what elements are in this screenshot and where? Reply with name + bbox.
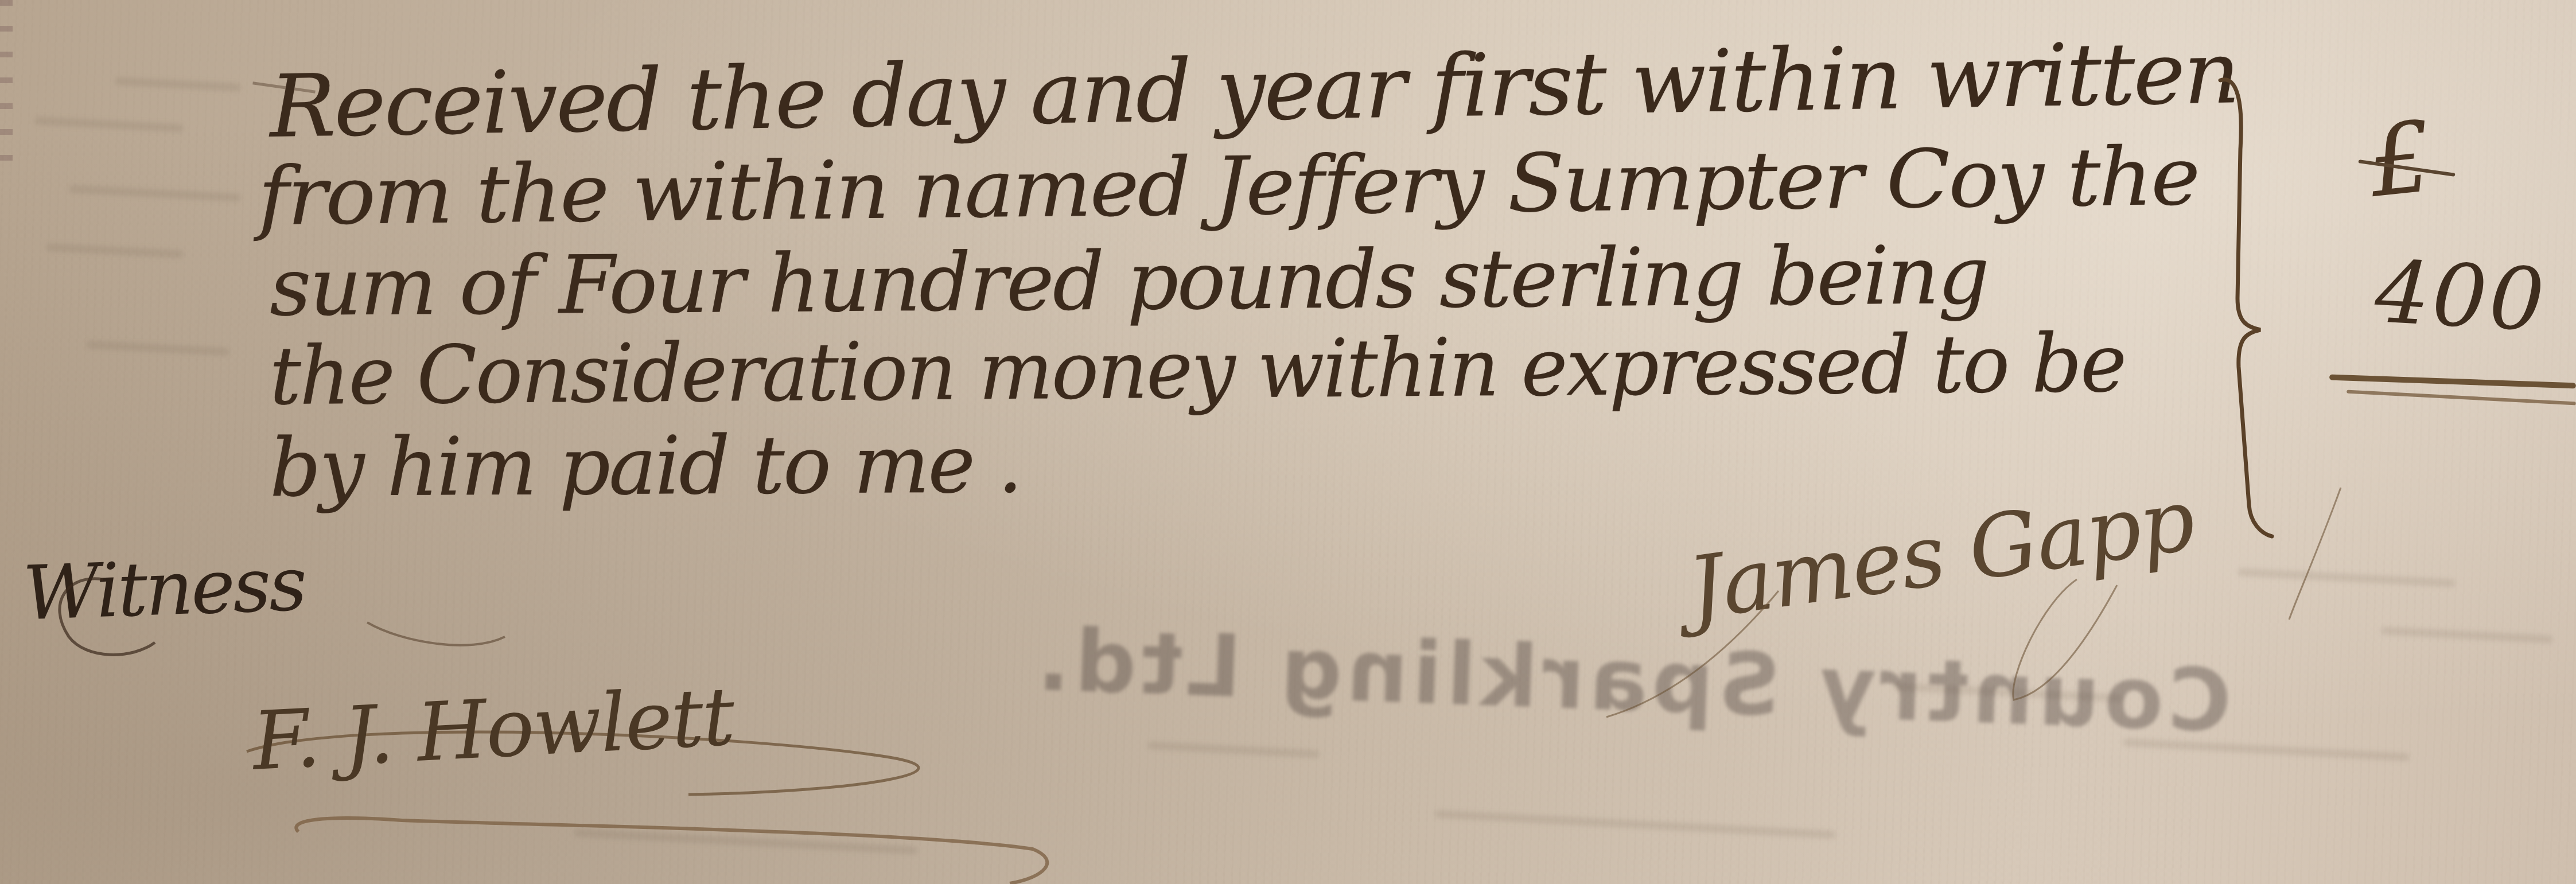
pound-sterling-symbol: £ [2364, 100, 2437, 220]
bleed-through-text: Country Sparkling Ltd. [1032, 610, 2233, 752]
signatory-signature: James Gapp [1682, 470, 2200, 640]
amount-rule-line-2 [2347, 390, 2576, 406]
witness-label: Witness [21, 540, 306, 637]
amount-rule-line [2329, 374, 2576, 388]
witness-signature: F. J. Howlett [250, 670, 736, 789]
receipt-line-3: sum of Four hundred pounds sterling bein… [269, 229, 1988, 334]
receipt-line-4: the Consideration money within expressed… [269, 317, 2125, 423]
amount-value: 400 [2373, 242, 2549, 351]
receipt-line-2: from the within named Jeffery Sumpter Co… [258, 130, 2199, 244]
receipt-line-5: by him paid to me . [270, 418, 1022, 515]
curly-brace-icon [2215, 69, 2283, 539]
binding-stitch-marks [0, 0, 13, 172]
